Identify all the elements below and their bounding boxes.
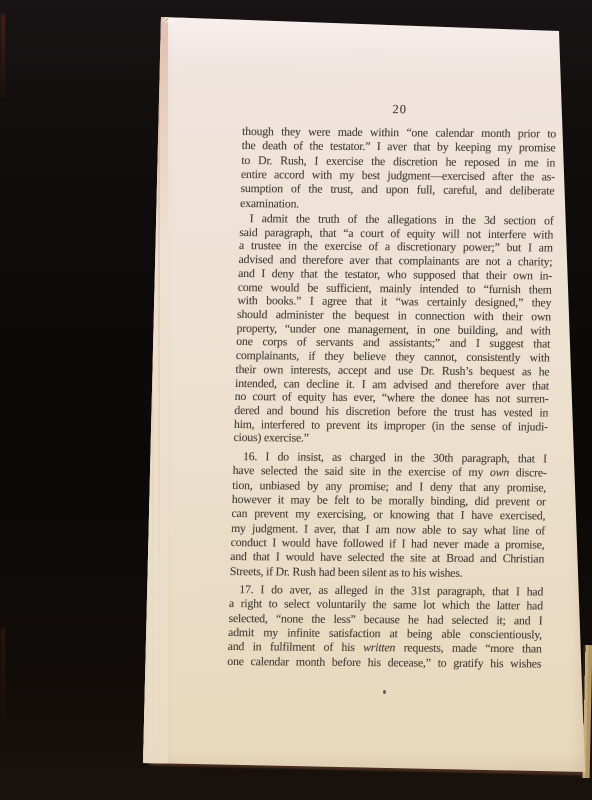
film-edge-streak	[1, 628, 5, 720]
text-block: 20 thoughtheyweremadewithin“onecalendarm…	[227, 101, 557, 671]
text-line: thoughtheyweremadewithin“onecalendarmont…	[242, 124, 556, 141]
paragraph: Iadmitthetruthoftheallegationsinthe3dsec…	[233, 212, 553, 447]
paragraph: thoughtheyweremadewithin“onecalendarmont…	[240, 124, 556, 213]
text-line: Streets, if Dr. Rush had been silent as …	[230, 564, 544, 581]
film-edge-streak	[1, 14, 5, 99]
text-line: myjudgment.Iaver,thatIamnowabletosaywhat…	[231, 521, 545, 538]
paragraphs: thoughtheyweremadewithin“onecalendarmont…	[227, 124, 556, 671]
paragraph: 16.Idoinsist,aschargedinthe30thparagraph…	[230, 449, 548, 581]
page-number: 20	[243, 101, 557, 117]
book-page: 20 thoughtheyweremadewithin“onecalendarm…	[140, 12, 592, 778]
stacked-page-edges	[141, 14, 168, 777]
paragraph: 17.Idoaver,asallegedinthe31stparagraph,t…	[227, 582, 543, 671]
printers-ink-dot	[383, 690, 386, 694]
page-edges-fade	[141, 14, 168, 777]
text-line: cious) exercise.”	[233, 431, 547, 447]
text-line: onecalendarmonthbeforehisdecease,”tograt…	[227, 654, 541, 671]
text-line: entireaccordwithmybestjudgment—exercised…	[241, 167, 555, 184]
text-line: examination.	[240, 196, 554, 213]
photo-background: { "document": { "page_number": "20", "pa…	[0, 0, 592, 800]
